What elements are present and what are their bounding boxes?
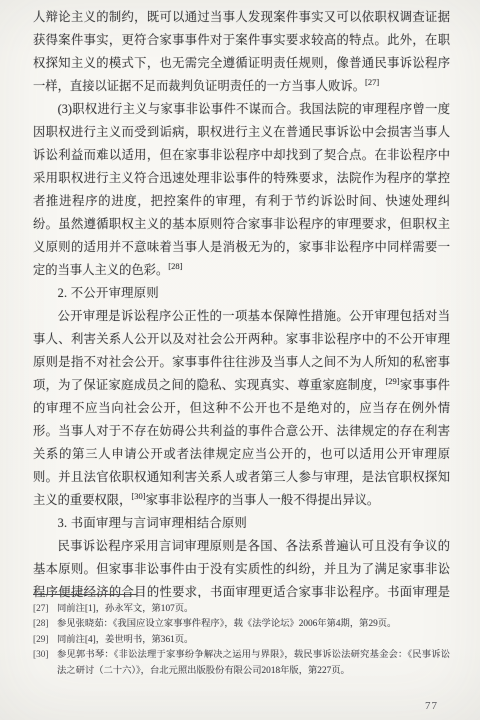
section-heading: 3. 书面审理与言词审理相结合原则 <box>33 512 450 535</box>
body-paragraph: 人辩论主义的制约，既可以通过当事人发现案件事实又可以依职权调查证据获得案件事实，… <box>33 6 450 98</box>
footnote-item: [30]参见郭书琴：《非讼法理于家事纷争解决之运用与界限》，载民事诉讼法研究基金… <box>33 648 450 679</box>
footnote-text: 参见郭书琴：《非讼法理于家事纷争解决之运用与界限》，载民事诉讼法研究基金会：《民… <box>57 648 450 679</box>
footnote-item: [29]同前注[4]，姜世明书，第361页。 <box>33 633 450 648</box>
footnote-number: [29] <box>33 633 57 648</box>
section-heading: 2. 不公开审理原则 <box>33 282 450 305</box>
footnote-marker: [30] <box>131 491 145 501</box>
body-paragraph: 民事诉讼程序采用言词审理原则是各国、各法系普遍认可且没有争议的基本原则。但家事非… <box>33 535 450 598</box>
body-paragraph: (3)职权进行主义与家事非讼事件不谋而合。我国法院的审理程序曾一度因职权进行主义… <box>33 98 450 282</box>
footnote-separator-rule <box>33 594 137 595</box>
document-body: 人辩论主义的制约，既可以通过当事人发现案件事实又可以依职权调查证据获得案件事实，… <box>33 6 450 598</box>
paragraph-text: 民事诉讼程序采用言词审理原则是各国、各法系普遍认可且没有争议的基本原则。但家事非… <box>33 539 450 598</box>
footnote-number: [27] <box>33 602 57 617</box>
footnote-text: 同前注[1]，孙永军文，第107页。 <box>57 602 450 617</box>
footnote-marker: [28] <box>168 261 182 271</box>
paragraph-text: (3)职权进行主义与家事非讼事件不谋而合。我国法院的审理程序曾一度因职权进行主义… <box>33 102 450 277</box>
footnote-item: [28]参见张晓茹：《我国应设立家事事件程序》，载《法学论坛》2006年第4期，… <box>33 617 450 632</box>
footnote-text: 参见张晓茹：《我国应设立家事事件程序》，载《法学论坛》2006年第4期，第29页… <box>57 617 450 632</box>
footnote-area: [27]同前注[1]，孙永军文，第107页。[28]参见张晓茹：《我国应设立家事… <box>33 594 450 679</box>
book-page: 人辩论主义的制约，既可以通过当事人发现案件事实又可以依职权调查证据获得案件事实，… <box>0 0 480 720</box>
footnote-marker: [29] <box>385 376 399 386</box>
footnote-number: [28] <box>33 617 57 632</box>
footnote-item: [27]同前注[1]，孙永军文，第107页。 <box>33 602 450 617</box>
footnote-number: [30] <box>33 648 57 663</box>
paragraph-text: 家事非讼程序的当事人一般不得提出异议。 <box>146 493 380 507</box>
body-paragraph: 公开审理是诉讼程序公正性的一项基本保障性措施。公开审理包括对当事人、利害关系人公… <box>33 305 450 512</box>
footnote-list: [27]同前注[1]，孙永军文，第107页。[28]参见张晓茹：《我国应设立家事… <box>33 602 450 679</box>
footnote-marker: [27] <box>365 77 379 87</box>
paragraph-text: 家事事件的审理不应当向社会公开，但这种不公开也不是绝对的，应当存在例外情形。当事… <box>33 378 450 507</box>
page-number: 77 <box>425 700 438 712</box>
paragraph-text: 人辩论主义的制约，既可以通过当事人发现案件事实又可以依职权调查证据获得案件事实，… <box>33 10 450 93</box>
footnote-text: 同前注[4]，姜世明书，第361页。 <box>57 633 450 648</box>
